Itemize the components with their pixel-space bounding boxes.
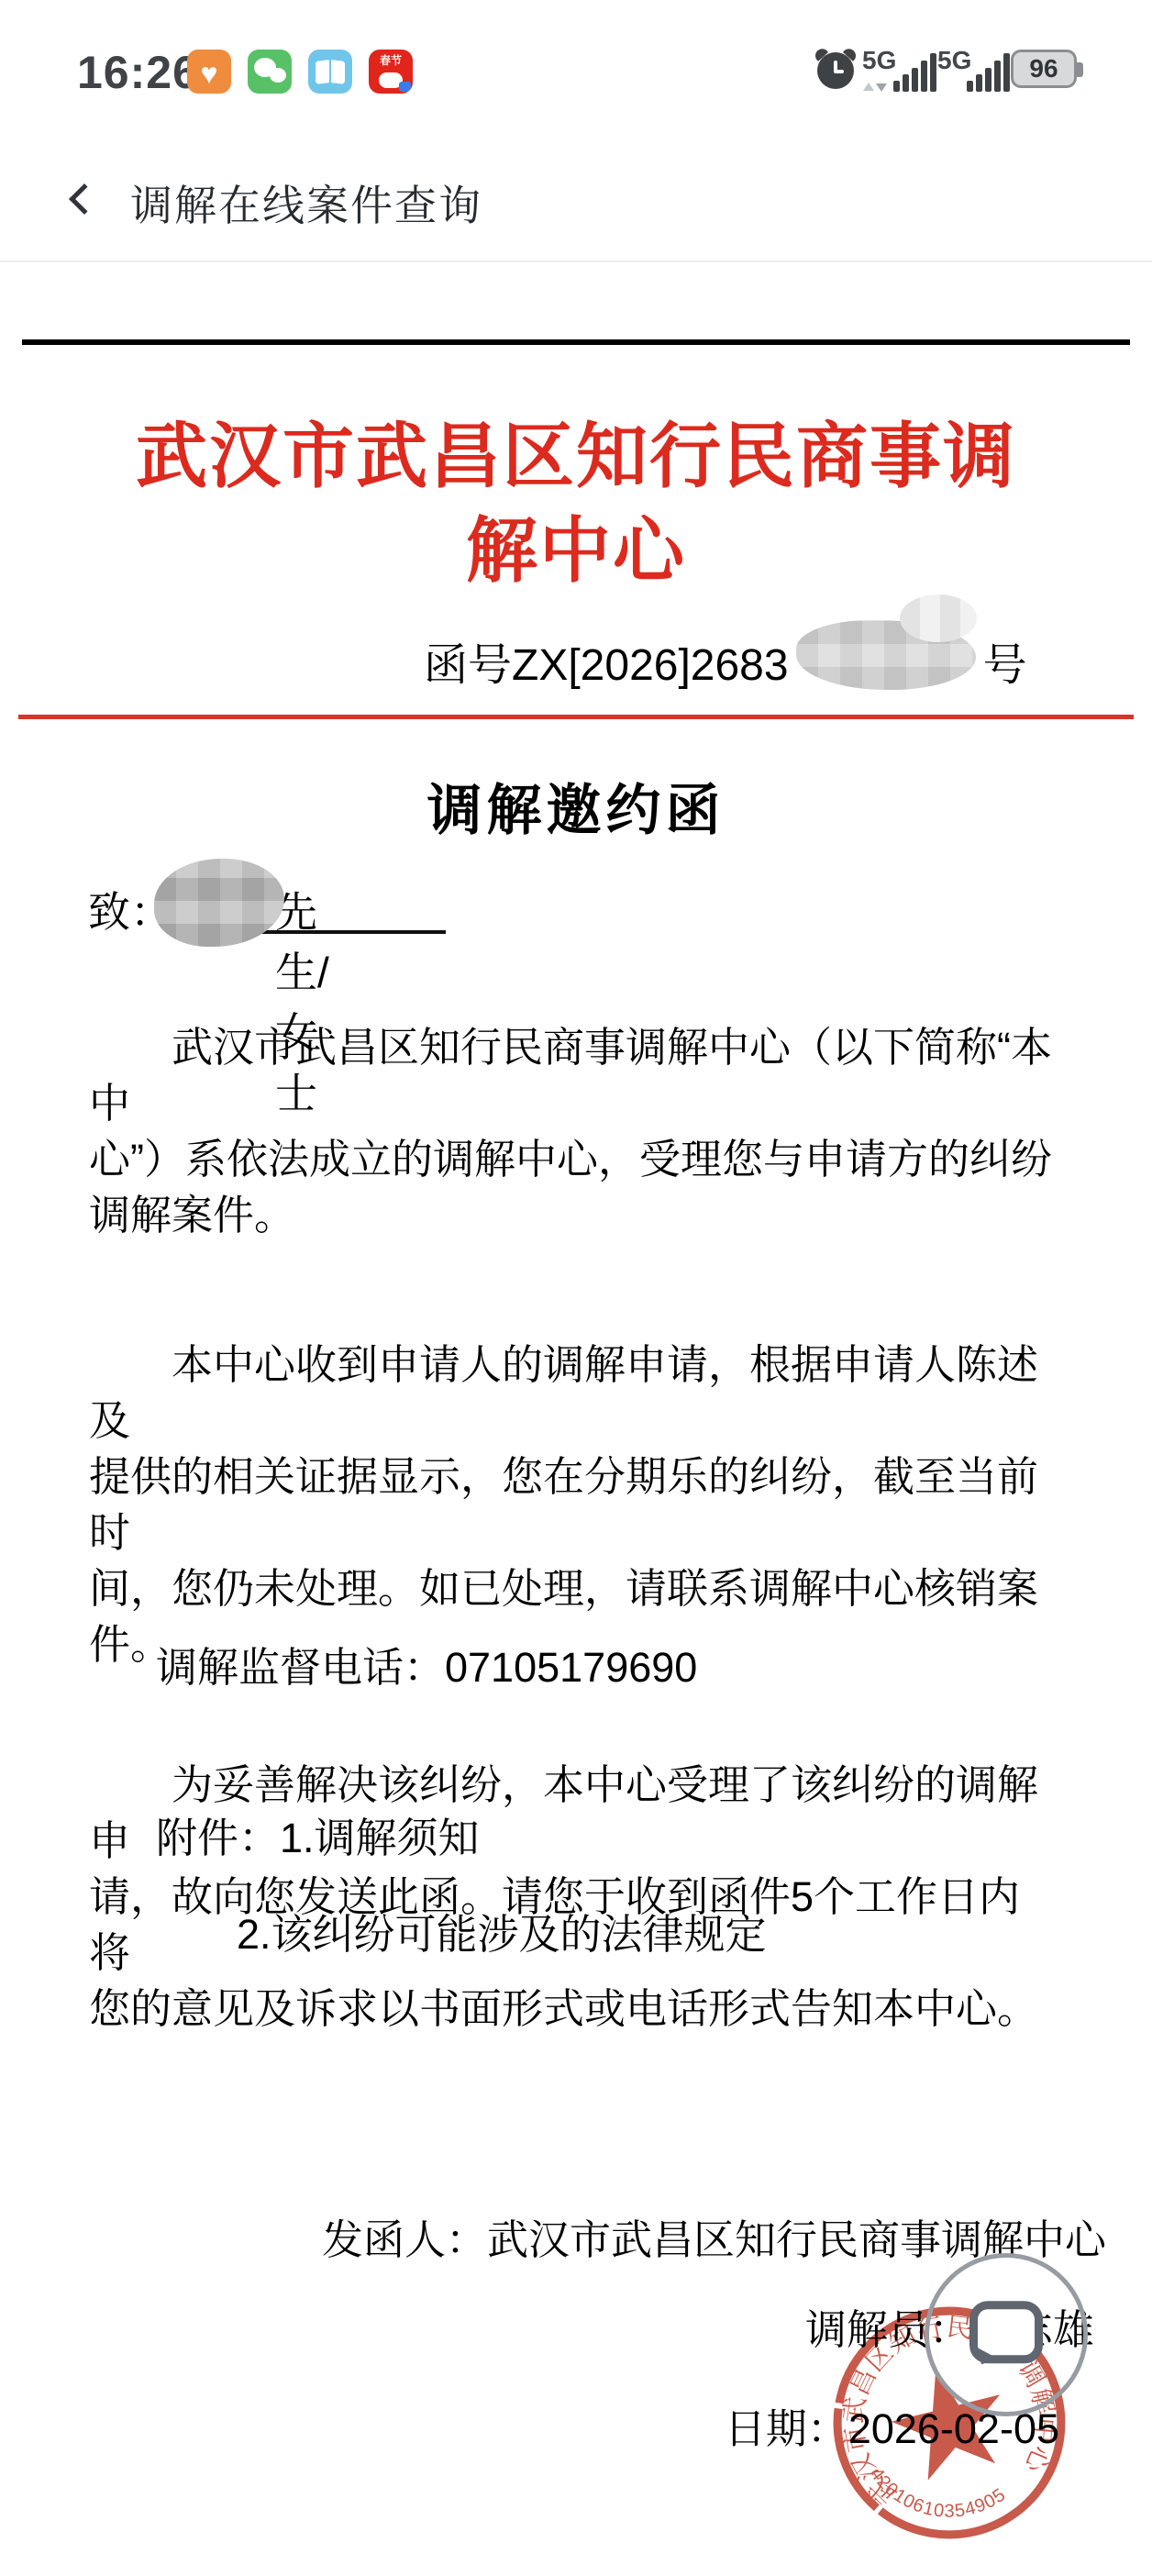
- censored-reference-mosaic: [796, 620, 976, 690]
- chevron-left-icon: [69, 183, 100, 215]
- signal-bars-sim1-icon: [893, 51, 936, 92]
- nav-bar: 调解在线案件查询: [0, 103, 1152, 262]
- page-title: 调解在线案件查询: [130, 172, 482, 233]
- clock-time: 16:26: [77, 46, 199, 99]
- reference-number-line: 函号ZX[2026]2683 号: [424, 626, 1027, 695]
- data-activity-arrows-icon: [863, 79, 887, 97]
- letter-top-rule: [22, 339, 1130, 345]
- supervision-phone-line: 调解监督电话：07105179690: [156, 1639, 697, 1695]
- wechat-app-icon: [248, 50, 292, 94]
- reference-number-suffix: 号: [983, 629, 1027, 693]
- phone-screen: 16:26 ♥ 春节 5G: [0, 0, 1152, 2576]
- network-type-sim1: 5G: [862, 46, 896, 75]
- jd-app-icon: 春节: [369, 50, 413, 94]
- jd-badge: [399, 82, 411, 92]
- alarm-clock-icon: [813, 48, 858, 94]
- book-page-left-icon: [316, 60, 329, 84]
- book-page-right-icon: [331, 60, 345, 84]
- jd-app-label: 春节: [369, 52, 413, 68]
- heart-icon: ♥: [187, 53, 231, 94]
- letterhead-red-rule: [18, 715, 1134, 719]
- notification-app-icons: ♥ 春节: [187, 50, 413, 94]
- attachment-line-2: 2.该纠纷可能涉及的法律规定: [237, 1906, 767, 1962]
- health-app-icon: ♥: [187, 50, 231, 94]
- reference-number-prefix: 函号ZX[2026]2683: [424, 629, 789, 693]
- paragraph-1: 武汉市武昌区知行民商事调解中心（以下简称“本中 心”）系依法成立的调解中心，受理…: [89, 1019, 1059, 1243]
- document-title: 调解邀约函: [0, 767, 1152, 846]
- books-app-icon: [308, 50, 352, 94]
- battery-icon: 96: [1011, 50, 1077, 88]
- attachment-line-1: 附件：1.调解须知: [156, 1810, 480, 1866]
- paragraph-2: 本中心收到申请人的调解申请，根据申请人陈述及 提供的相关证据显示，您在分期乐的纠…: [89, 1337, 1059, 1672]
- status-bar: 16:26 ♥ 春节 5G: [0, 0, 1152, 103]
- paragraph-3: 为妥善解决该纠纷，本中心受理了该纠纷的调解申 请，故向您发送此函。请您于收到函件…: [89, 1757, 1059, 2037]
- speech-bubble-icon: [969, 2301, 1043, 2363]
- back-button[interactable]: [64, 182, 105, 222]
- chat-bubble-small-icon: [270, 68, 286, 83]
- letterhead-org-title: 武汉市武昌区知行民商事调 解中心: [0, 409, 1152, 598]
- battery-percent: 96: [1014, 52, 1074, 85]
- signal-bars-sim2-icon: [967, 51, 1010, 92]
- floating-assistant-button[interactable]: [925, 2253, 1088, 2416]
